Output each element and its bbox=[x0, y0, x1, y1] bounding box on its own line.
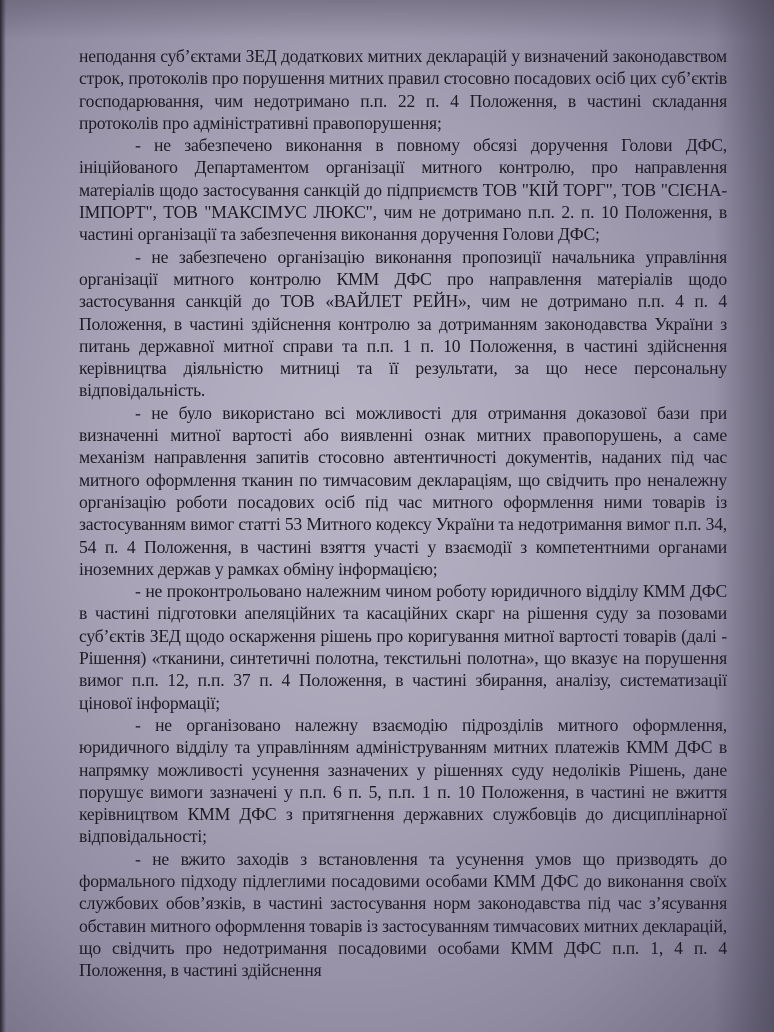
list-item-paragraph: - не було використано всі можливості для… bbox=[79, 402, 727, 580]
paragraph-continuation: неподання суб’єктами ЗЕД додаткових митн… bbox=[79, 45, 727, 134]
page-shadow-top bbox=[0, 0, 774, 40]
document-body: неподання суб’єктами ЗЕД додаткових митн… bbox=[79, 45, 727, 981]
list-item-paragraph: - не проконтрольовано належним чином роб… bbox=[79, 580, 727, 714]
list-item-paragraph: - не забезпечено виконання в повному обс… bbox=[79, 134, 727, 245]
page-shadow-left bbox=[0, 0, 6, 1032]
list-item-paragraph: - не організовано належну взаємодію підр… bbox=[79, 714, 727, 848]
list-item-paragraph: - не вжито заходів з встановлення та усу… bbox=[79, 848, 727, 982]
list-item-paragraph: - не забезпечено організацію виконання п… bbox=[79, 246, 727, 402]
